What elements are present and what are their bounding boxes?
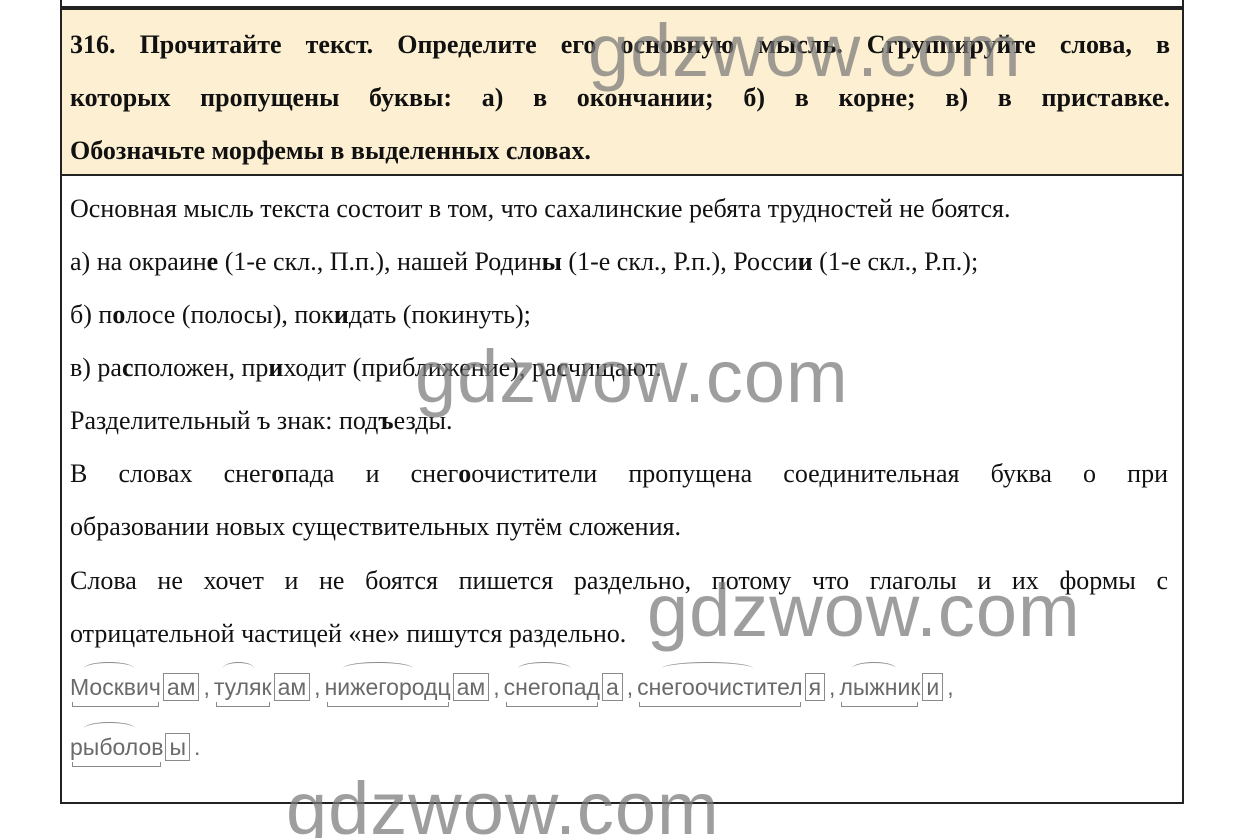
punctuation: , [314, 674, 320, 700]
morpheme-word: Москвич [70, 674, 161, 707]
morpheme-word: снегопад [504, 674, 600, 707]
root-arc-icon [223, 662, 255, 675]
punctuation: , [493, 674, 499, 700]
ending-box: я [805, 673, 825, 701]
hard-sign-line: Разделительный ъ знак: подъезды. [70, 406, 1168, 436]
group-b: б) полосе (полосы), покидать (покинуть); [70, 300, 1168, 330]
ending-box: ам [163, 673, 200, 701]
morpheme-row-2: рыболовы. [70, 733, 204, 767]
ne-rule-line-2: отрицательной частицей «не» пишутся разд… [70, 619, 1168, 649]
morpheme-word: рыболов [70, 734, 163, 767]
stem-bracket-icon [72, 702, 159, 707]
group-a: а) на окраине (1-е скл., П.п.), нашей Ро… [70, 247, 1168, 277]
task-line-1: 316. Прочитайте текст. Определите его ос… [70, 30, 1170, 60]
root-arc-icon [84, 722, 135, 735]
root-arc-icon [518, 662, 571, 675]
morpheme-word: нижегородц [325, 674, 451, 707]
word-stem: рыболов [70, 734, 163, 760]
punctuation: , [627, 674, 633, 700]
main-idea: Основная мысль текста состоит в том, что… [70, 194, 1168, 224]
task-line-3: Обозначьте морфемы в выделенных словах. [70, 136, 1170, 166]
connector-line-2: образовании новых существительных путём … [70, 512, 1168, 542]
stem-bracket-icon [506, 702, 598, 707]
ending-box: а [602, 673, 623, 701]
ending-box: и [922, 673, 943, 701]
ne-rule-line-1: Слова не хочет и не боятся пишется разде… [70, 566, 1168, 596]
punctuation: . [194, 734, 200, 760]
punctuation: , [947, 674, 953, 700]
stem-bracket-icon [639, 702, 800, 707]
stem-bracket-icon [216, 702, 270, 707]
ending-box: ам [453, 673, 490, 701]
stem-bracket-icon [327, 702, 449, 707]
morpheme-word: снегоочистител [637, 674, 802, 707]
punctuation: , [829, 674, 835, 700]
root-arc-icon [852, 662, 897, 675]
word-stem: Москвич [70, 674, 161, 700]
group-v: в) расположен, приходит (приближение), р… [70, 353, 1168, 383]
word-stem: снегопад [504, 674, 600, 700]
task-block: 316. Прочитайте текст. Определите его ос… [62, 8, 1182, 176]
connector-line-1: В словах снегопада и снегоочистители про… [70, 459, 1168, 489]
word-stem: снегоочистител [637, 674, 802, 700]
word-stem: туляк [214, 674, 272, 700]
ending-box: ы [165, 733, 190, 761]
morpheme-word: туляк [214, 674, 272, 707]
stem-bracket-icon [72, 762, 161, 767]
root-arc-icon [662, 662, 753, 675]
root-arc-icon [84, 662, 134, 675]
root-arc-icon [343, 662, 412, 675]
morpheme-row-1: Москвичам,тулякам,нижегородцам,снегопада… [70, 673, 958, 707]
word-stem: лыжник [839, 674, 920, 700]
top-border [60, 0, 1184, 8]
morpheme-word: лыжник [839, 674, 920, 707]
stem-bracket-icon [841, 702, 918, 707]
word-stem: нижегородц [325, 674, 451, 700]
task-line-2: которых пропущены буквы: а) в окончании;… [70, 83, 1170, 113]
punctuation: , [203, 674, 209, 700]
ending-box: ам [274, 673, 311, 701]
